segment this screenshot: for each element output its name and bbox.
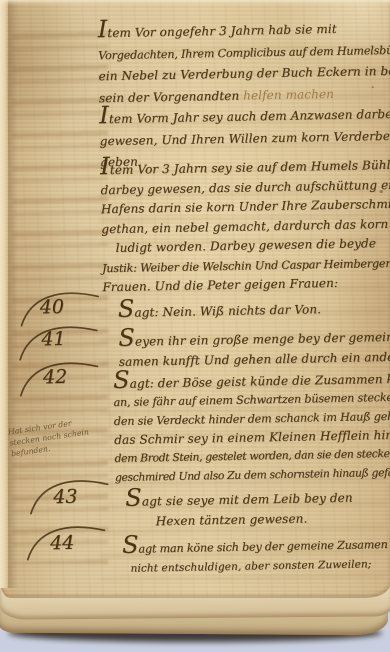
paragraph-3: Item Vor 3 Jahrn sey sie auf dem Humels … (100, 151, 390, 297)
answer-43: Sagt sie seye mit dem Leib bey den Hexen… (125, 485, 353, 532)
answer-41: Seyen ihr ein große menge bey der gemein… (118, 323, 390, 372)
margin-number-41: 41 (41, 328, 66, 350)
manuscript-line: Hexen täntzen gewesen. (156, 508, 354, 531)
faded-addition: helfen machen (243, 86, 334, 102)
ink-spot (372, 86, 374, 88)
ink-spot (380, 190, 383, 193)
paragraph-1: Item Vor ongefehr 3 Jahrn hab sie mit Vo… (97, 14, 390, 110)
margin-number-44: 44 (50, 532, 75, 554)
manuscript-line: Sagt sie seye mit dem Leib bey den (125, 485, 353, 513)
answer-44: Sagt man köne sich bey der gemeine Zusam… (122, 530, 390, 578)
handwriting-layer: Item Vor ongefehr 3 Jahrn hab sie mit Vo… (0, 0, 390, 652)
margin-number-43: 43 (53, 486, 78, 508)
margin-note: Hat sich vor der stecken noch schein bef… (7, 414, 103, 460)
answer-40: Sagt: Nein. Wiß nichts dar Von. (118, 295, 322, 324)
answer-42: Sagt: der Böse geist künde die Zusammen … (113, 365, 390, 487)
manuscript-scan: Item Vor ongefehr 3 Jahrn hab sie mit Vo… (0, 0, 390, 652)
margin-number-42: 42 (43, 366, 68, 388)
margin-number-40: 40 (40, 296, 65, 318)
manuscript-line: Sagt: Nein. Wiß nichts dar Von. (118, 295, 322, 324)
